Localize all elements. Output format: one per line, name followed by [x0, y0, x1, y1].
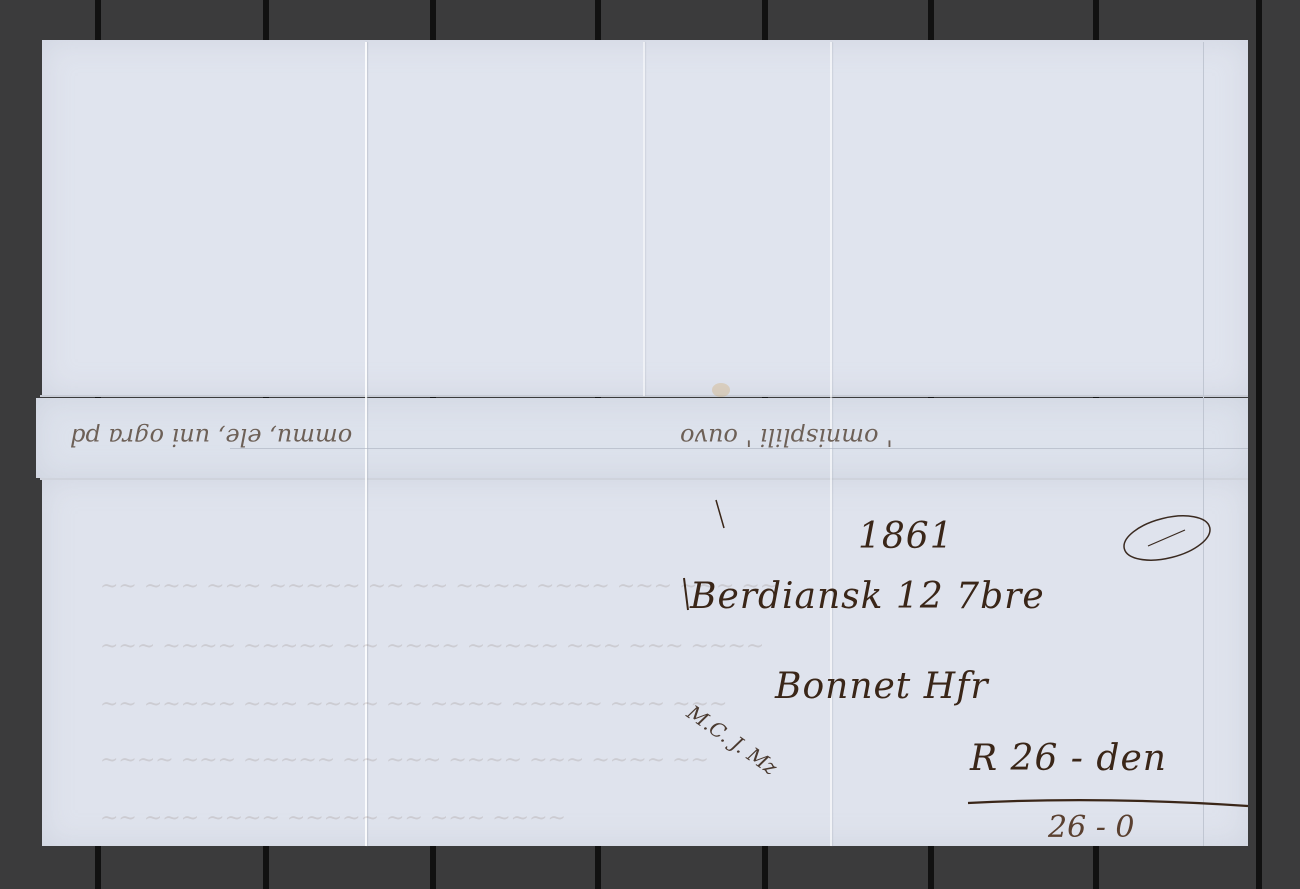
docket-year: 1861 [858, 516, 954, 557]
docket-addressee: Bonnet Hfr [775, 666, 989, 707]
letter-bottom-panel [42, 478, 1248, 846]
foxing-spot [712, 383, 730, 397]
folded-letter: ~~ ~~~ ~~~ ~~~~~ ~~ ~~ ~~~~ ~~~~ ~~~ ~~~… [40, 38, 1248, 848]
docket-amount: R 26 - den [970, 738, 1167, 779]
bleed-through-line: ~~~~ ~~~ ~~~~~ ~~ ~~~ ~~~~ ~~~ ~~~~ ~~ [100, 748, 709, 773]
vertical-fold [365, 42, 367, 846]
vertical-fold [643, 42, 645, 396]
bleed-through-line: ~~ ~~~ ~~~ ~~~~~ ~~ ~~ ~~~~ ~~~~ ~~~ ~~~… [100, 574, 778, 599]
bleed-through-line: ~~ ~~~~~ ~~~ ~~~~ ~~ ~~~~ ~~~~~ ~~~ ~~~ [100, 692, 727, 717]
flap-edge [1203, 42, 1204, 846]
pencil-note: 26 - 0 [1048, 810, 1134, 845]
upside-down-text-right: ' omnisplili ' ouvo [680, 423, 893, 451]
upside-down-text-left: ommu, ele, uni ogra pd [70, 423, 352, 451]
fold-edge [40, 478, 1248, 480]
docket-place-date: Berdiansk 12 7bre [690, 576, 1045, 617]
letter-top-panel [42, 40, 1248, 395]
bleed-through-line: ~~ ~~~ ~~~~ ~~~~~ ~~ ~~~ ~~~~ [100, 806, 566, 831]
stock-strip [1256, 0, 1262, 889]
bleed-through-line: ~~~ ~~~~ ~~~~~ ~~ ~~~~ ~~~~~ ~~~ ~~~ ~~~… [100, 634, 764, 659]
